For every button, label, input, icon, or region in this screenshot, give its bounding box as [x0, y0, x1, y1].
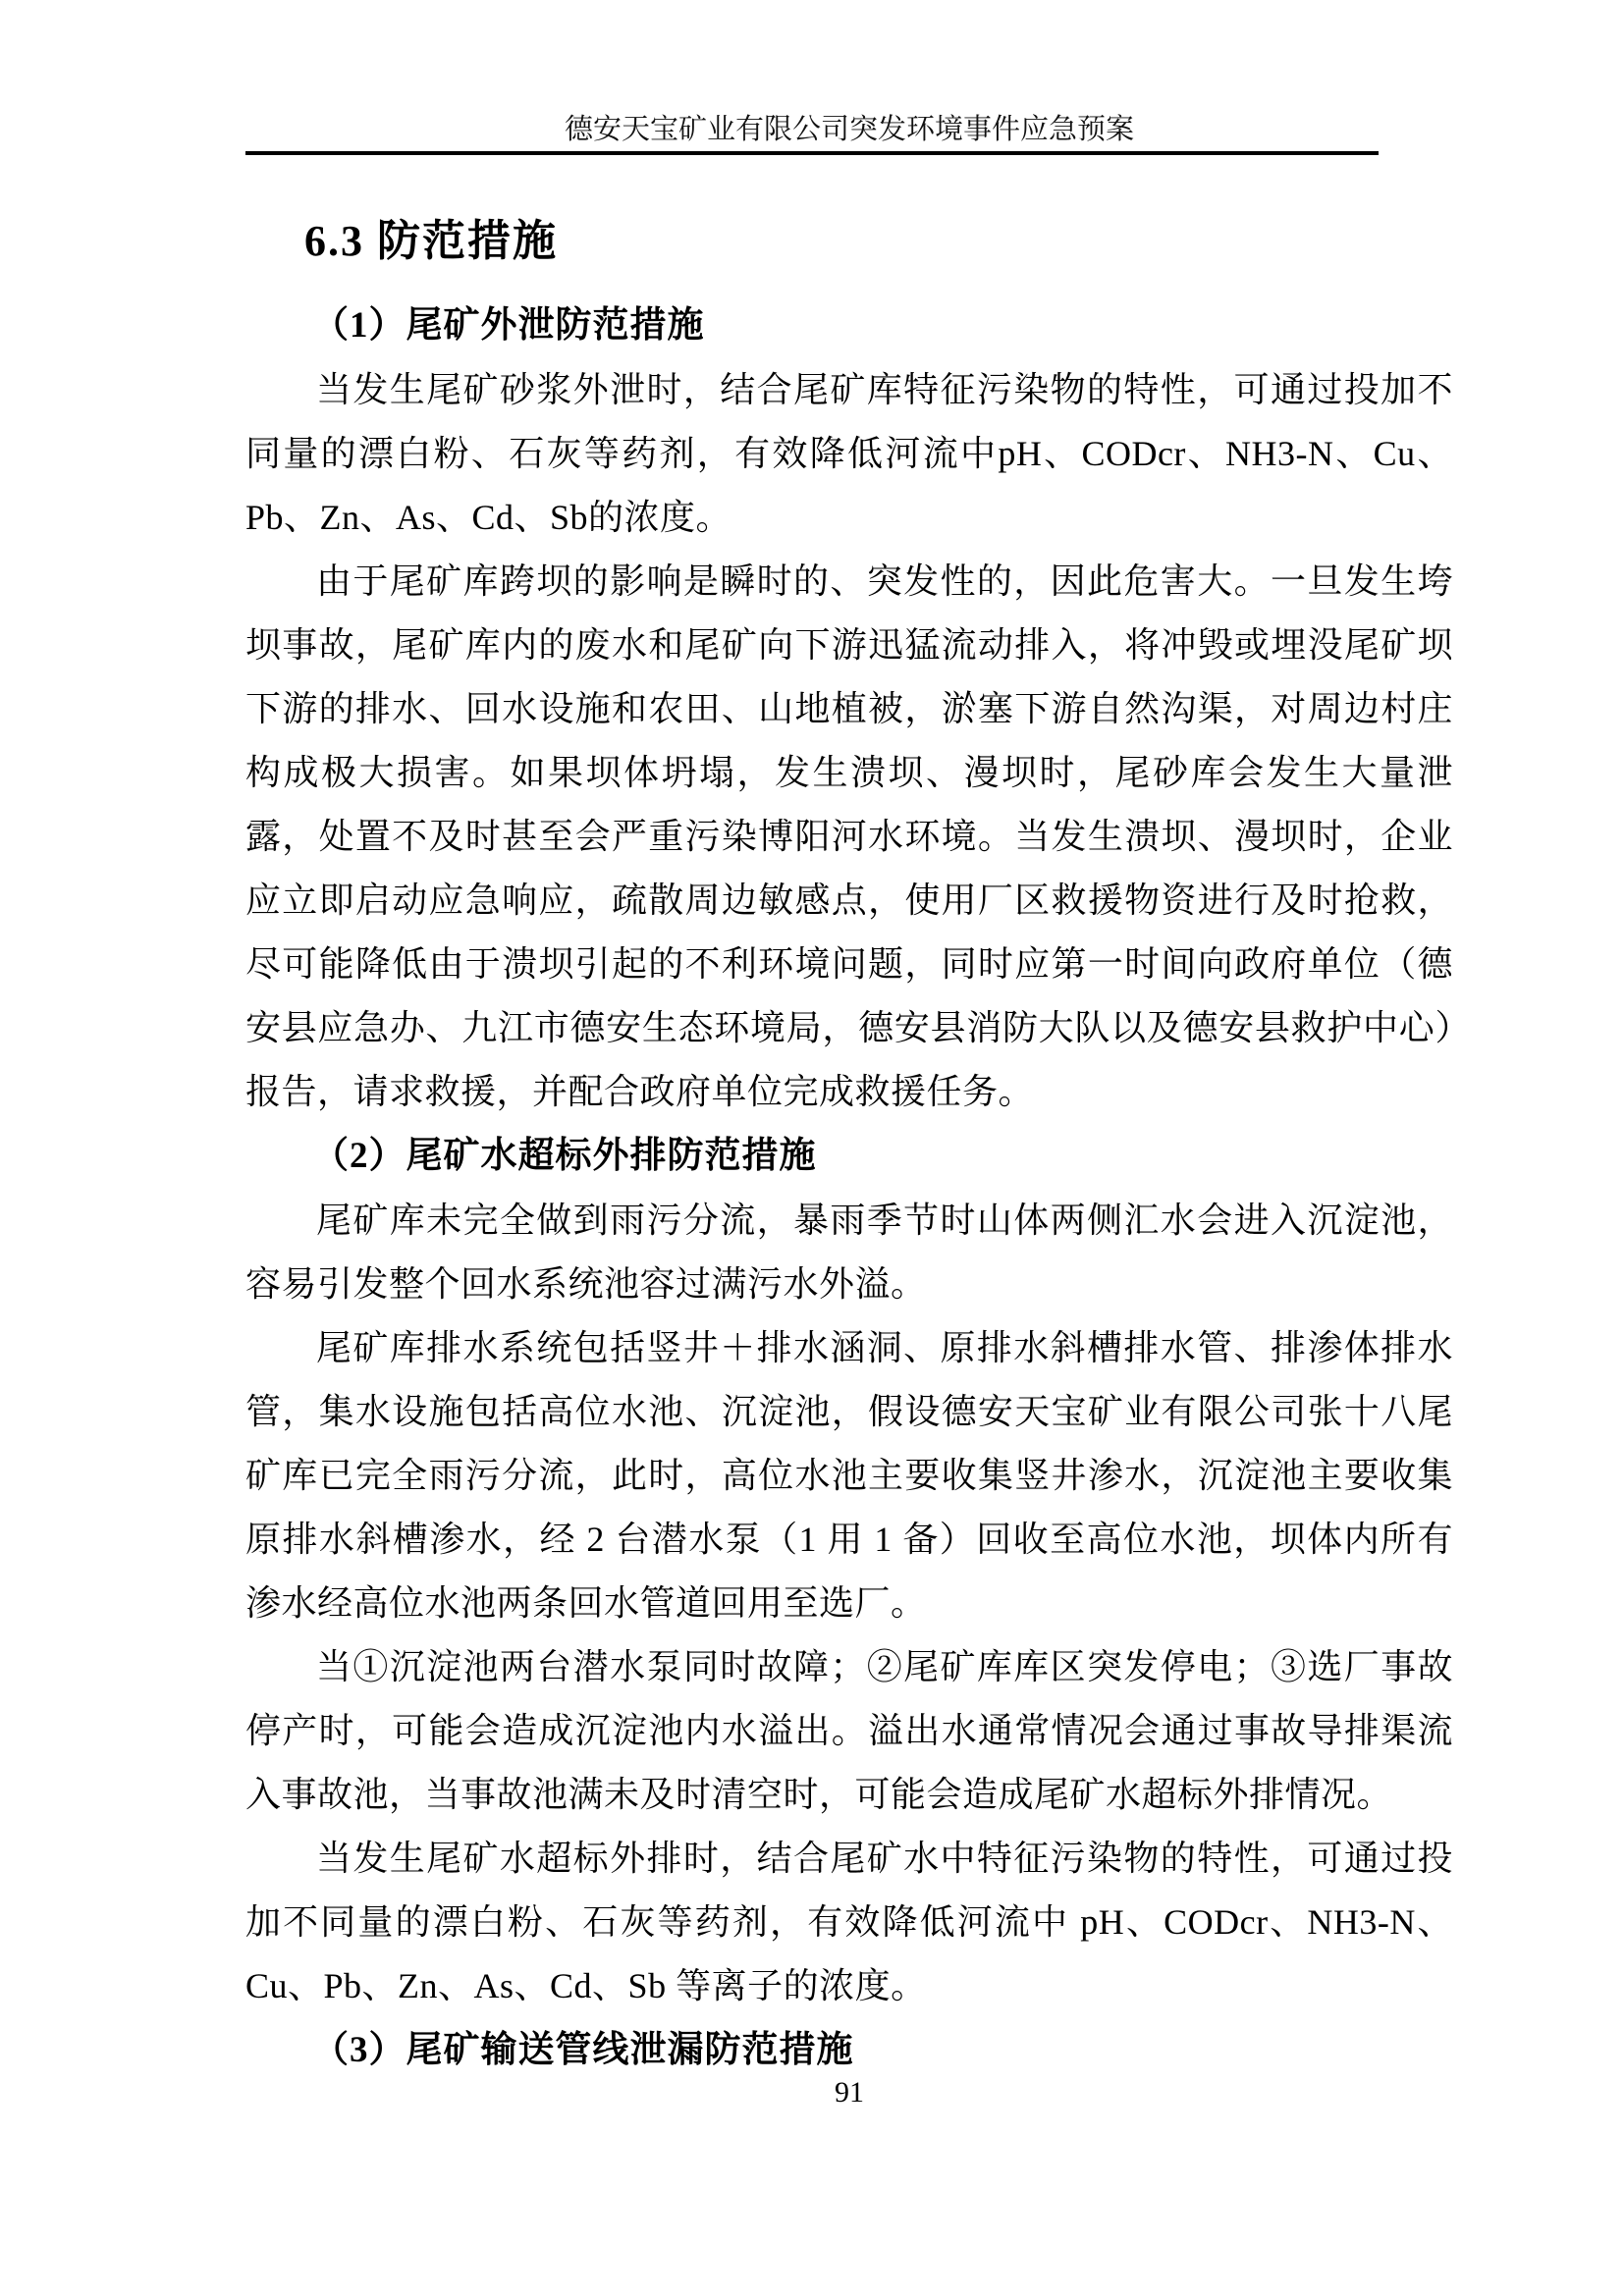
document-body: 6.3 防范措施 （1）尾矿外泄防范措施 当发生尾矿砂浆外泄时，结合尾矿库特征污… — [245, 217, 1453, 2083]
paragraph-rain-sewage: 尾矿库未完全做到雨污分流，暴雨季节时山体两侧汇水会进入沉淀池，容易引发整个回水系… — [245, 1189, 1453, 1316]
paragraph-tailings-leak: 当发生尾矿砂浆外泄时，结合尾矿库特征污染物的特性，可通过投加不同量的漂白粉、石灰… — [245, 358, 1453, 550]
subsection-heading-2: （2）尾矿水超标外排防范措施 — [245, 1124, 1453, 1189]
document-page: 德安天宝矿业有限公司突发环境事件应急预案 6.3 防范措施 （1）尾矿外泄防范措… — [0, 0, 1624, 2296]
paragraph-overflow-scenarios: 当①沉淀池两台潜水泵同时故障；②尾矿库库区突发停电；③选厂事故停产时，可能会造成… — [245, 1635, 1453, 1827]
section-heading: 6.3 防范措施 — [304, 217, 1453, 266]
page-number: 91 — [245, 2073, 1453, 2112]
paragraph-drainage-system: 尾矿库排水系统包括竖井＋排水涵洞、原排水斜槽排水管、排渗体排水管，集水设施包括高… — [245, 1316, 1453, 1635]
subsection-heading-1: （1）尾矿外泄防范措施 — [245, 294, 1453, 358]
header-rule — [245, 151, 1379, 155]
running-header: 德安天宝矿业有限公司突发环境事件应急预案 — [0, 0, 1624, 155]
header-title: 德安天宝矿业有限公司突发环境事件应急预案 — [245, 110, 1453, 149]
paragraph-dam-break: 由于尾矿库跨坝的影响是瞬时的、突发性的，因此危害大。一旦发生垮坝事故，尾矿库内的… — [245, 550, 1453, 1124]
paragraph-water-treatment: 当发生尾矿水超标外排时，结合尾矿水中特征污染物的特性，可通过投加不同量的漂白粉、… — [245, 1827, 1453, 2018]
